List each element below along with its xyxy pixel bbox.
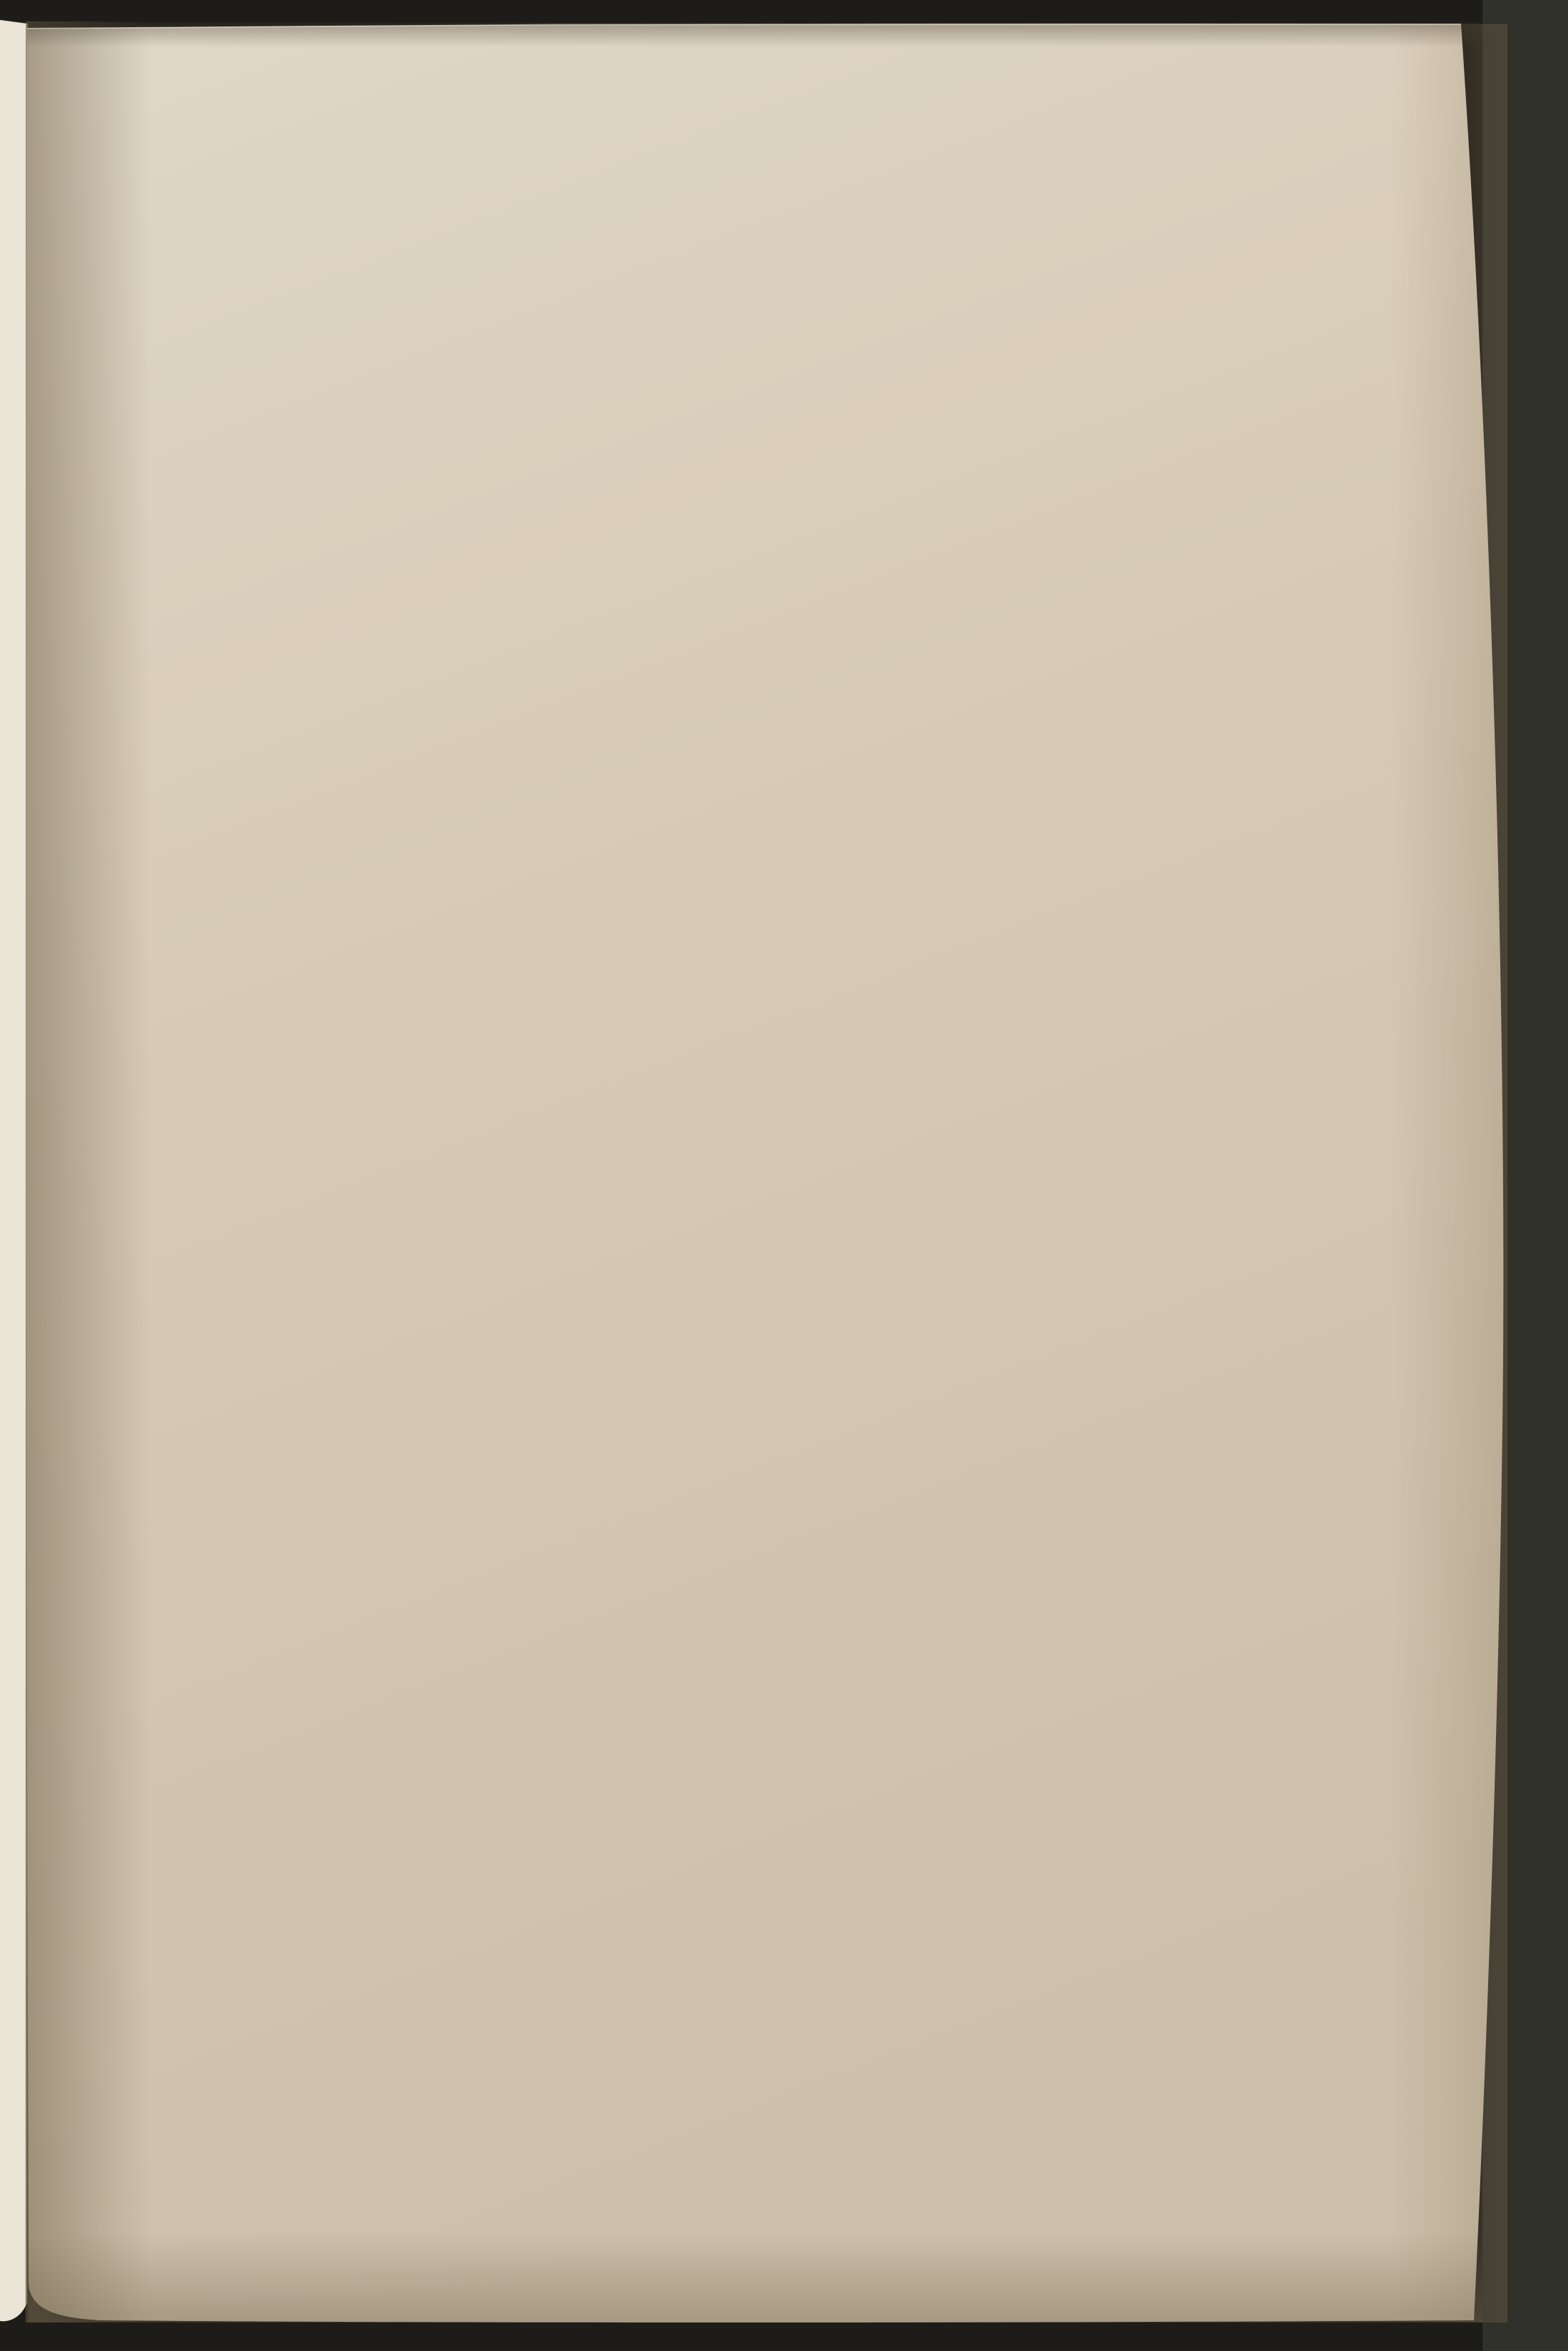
paper-sheet <box>26 24 1503 2322</box>
bottom-edge-shadow <box>29 2231 1482 2322</box>
manuscript-scan <box>0 0 1568 2351</box>
previous-page-edge <box>0 20 27 2321</box>
scanned-book-photograph <box>0 0 1568 2351</box>
manuscript-page <box>26 21 1507 2322</box>
fore-edge-shadow <box>1390 24 1507 2322</box>
gutter-shadow <box>26 21 150 2322</box>
